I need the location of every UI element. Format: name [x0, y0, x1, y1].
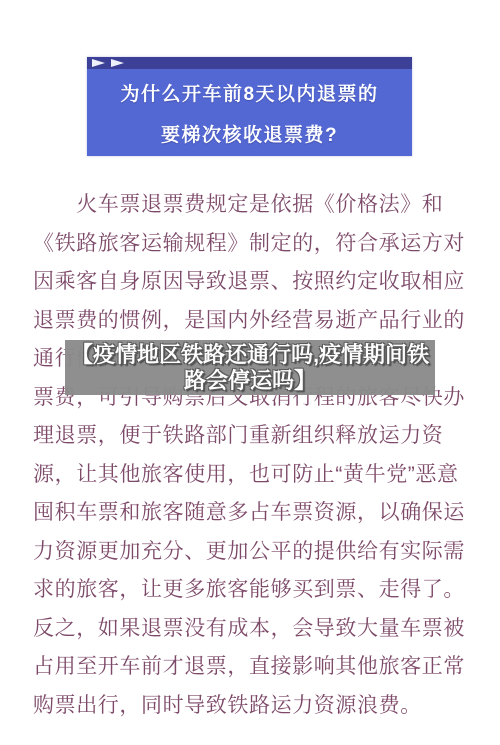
article-page: 为什么开车前8天以内退票的 要梯次核收退票费? 火车票退票费规定是依据《价格法》… — [0, 0, 500, 745]
caption-overlay-banner: 【疫情地区铁路还通行吗,疫情期间铁路会停运吗】 — [65, 340, 435, 395]
fast-forward-icon — [111, 59, 124, 67]
question-header-card: 为什么开车前8天以内退票的 要梯次核收退票费? — [87, 57, 412, 156]
fast-forward-icon — [92, 59, 105, 67]
question-title-line1: 为什么开车前8天以内退票的 — [120, 79, 378, 106]
header-top-bar — [87, 57, 412, 69]
article-body-text: 火车票退票费规定是依据《价格法》和 《铁路旅客运输规程》制定的，符合承运方对 因… — [33, 186, 467, 725]
question-title: 为什么开车前8天以内退票的 要梯次核收退票费? — [87, 69, 412, 156]
caption-overlay-text: 【疫情地区铁路还通行吗,疫情期间铁路会停运吗】 — [65, 342, 435, 394]
question-title-line2: 要梯次核收退票费? — [161, 120, 338, 147]
